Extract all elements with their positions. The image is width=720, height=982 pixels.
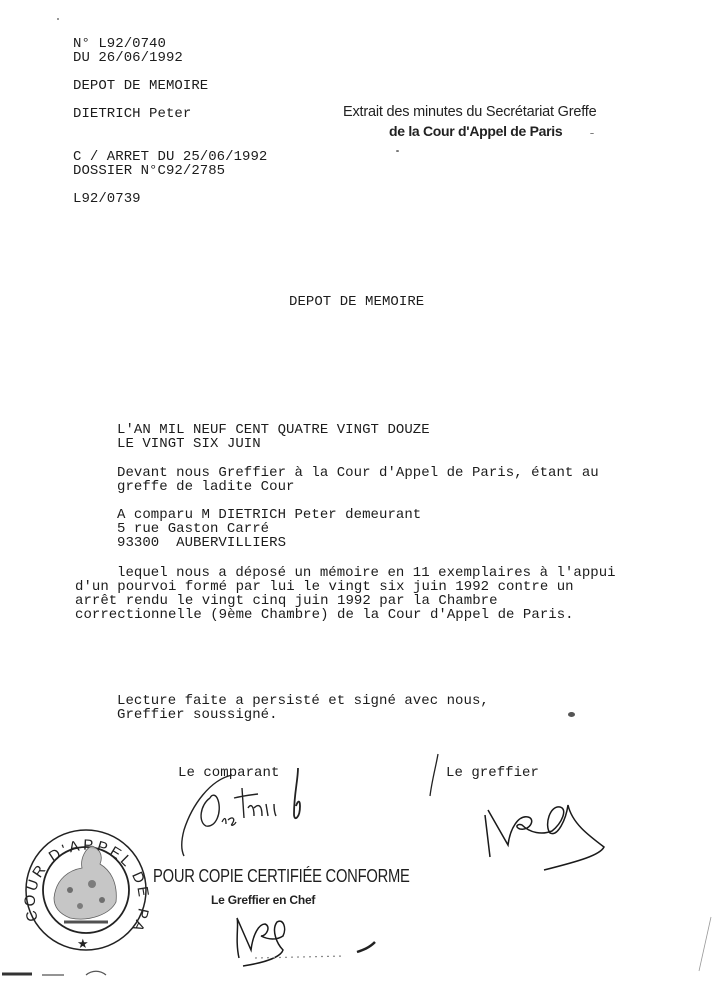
address-city: 93300 AUBERVILLIERS [117,536,286,550]
closing-line-2: Greffier soussigné. [117,708,278,722]
closing-line-1: Lecture faite a persisté et signé avec n… [117,694,489,708]
deposit-line-1: lequel nous a déposé un mémoire en 11 ex… [117,566,616,580]
document-type: DEPOT DE MEMOIRE [73,79,208,93]
comparant-signature [170,760,320,860]
intro-line-2: greffe de ladite Cour [117,480,294,494]
certification-line1: POUR COPIE CERTIFIÉE CONFORME [153,866,410,887]
greffier-mark [426,752,446,802]
party-name: DIETRICH Peter [73,107,191,121]
scan-edge-marks [0,962,120,982]
date-line-2: LE VINGT SIX JUIN [117,437,261,451]
extract-stamp-line1: Extrait des minutes du Secrétariat Greff… [343,104,596,120]
related-reference: L92/0739 [73,192,141,206]
deposit-line-3: arrêt rendu le vingt cinq juin 1992 par … [75,594,498,608]
address-street: 5 rue Gaston Carré [117,522,269,536]
scan-edge-line [695,915,715,975]
scan-speck [57,18,59,20]
certification-line2: Le Greffier en Chef [211,893,315,907]
star-icon: ★ [77,937,89,952]
intro-line-1: Devant nous Greffier à la Cour d'Appel d… [117,466,599,480]
greffier-label: Le greffier [446,766,539,780]
case-date: DU 26/06/1992 [73,51,183,65]
date-line-1: L'AN MIL NEUF CENT QUATRE VINGT DOUZE [117,423,430,437]
deposit-line-2: d'un pourvoi formé par lui le vingt six … [75,580,574,594]
deposit-line-4: correctionnelle (9ème Chambre) de la Cou… [75,608,574,622]
arret-reference: C / ARRET DU 25/06/1992 [73,150,267,164]
dossier-number: DOSSIER N°C92/2785 [73,164,225,178]
document-title: DEPOT DE MEMOIRE [289,295,424,309]
appearance-line: A comparu M DIETRICH Peter demeurant [117,508,421,522]
extract-stamp-line2: de la Cour d'Appel de Paris [389,123,562,139]
greffier-signature [480,795,620,875]
chief-greffier-signature [225,910,385,970]
scan-speck [568,712,575,717]
scan-speck [590,133,594,134]
scan-speck [396,150,399,152]
court-seal: COUR D'APPEL DE PARIS ★ [20,818,150,963]
case-number: N° L92/0740 [73,37,166,51]
